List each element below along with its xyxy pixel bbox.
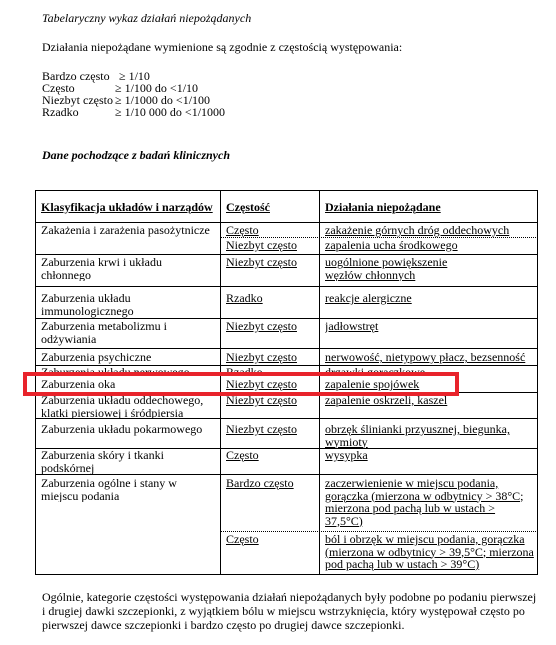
effect-cell: zakażenie górnych dróg oddechowych [325, 224, 535, 237]
row-divider [35, 474, 538, 475]
frequency-cell: Niezbyt często [226, 239, 318, 252]
frequency-cell: Często [226, 224, 318, 237]
highlight-box [23, 372, 459, 396]
organ-cell: Zakażenia i zarażenia pasożytnicze [41, 224, 219, 237]
row-divider [35, 286, 538, 287]
organ-cell: Zaburzenia układu pokarmowego [41, 423, 219, 436]
organ-cell: Zaburzenia skóry i tkanki podskórnej [41, 449, 191, 474]
organ-cell: Zaburzenia metabolizmu i odżywiania [41, 320, 191, 348]
effect-cell: zapalenia ucha środkowego [325, 239, 535, 252]
freq-label: Rzadko [42, 106, 79, 119]
row-divider [35, 348, 538, 349]
subsection-title: Dane pochodzące z badań klinicznych [42, 149, 230, 162]
organ-cell: Zaburzenia układu immunologicznego [41, 292, 181, 318]
organ-cell: Zaburzenia krwi i układu chłonnego [41, 256, 191, 281]
frequency-cell: Często [226, 533, 318, 546]
table-header: Częstość [226, 201, 318, 214]
row-divider [35, 222, 538, 223]
organ-cell: Zaburzenia ogólne i stany w miejscu poda… [41, 477, 191, 502]
row-divider-dotted [220, 531, 538, 532]
organ-cell: Zaburzenia psychiczne [41, 351, 219, 364]
effect-cell: wysypka [325, 449, 535, 462]
effect-cell: obrzęk ślinianki przyusznej, biegunka, w… [325, 423, 525, 448]
effect-cell: uogólnione powiększenie węzłów chłonnych [325, 256, 485, 281]
frequency-cell: Niezbyt często [226, 320, 318, 333]
section-title: Tabelaryczny wykaz działań niepożądanych [42, 12, 251, 25]
row-divider-dotted [220, 237, 538, 238]
frequency-cell: Niezbyt często [226, 256, 318, 269]
effect-cell: nerwowość, nietypowy płacz, bezsenność [325, 351, 537, 364]
footer-paragraph: Ogólnie, kategorie częstości występowani… [42, 590, 542, 632]
intro-text: Działania niepożądane wymienione są zgod… [42, 41, 402, 54]
table-header: Działania niepożądane [325, 201, 535, 214]
frequency-cell: Bardzo często [226, 477, 318, 490]
effect-cell: zaczerwienienie w miejscu podania, gorąc… [325, 477, 525, 527]
effect-cell: ból i obrzęk w miejscu podania, gorączka… [325, 533, 537, 571]
table-header: Klasyfikacja układów i narządów [41, 201, 219, 214]
effect-cell: reakcje alergiczne [325, 292, 535, 305]
frequency-cell: Rzadko [226, 292, 318, 305]
freq-range: ≥ 1/10 000 do <1/1000 [115, 106, 225, 119]
row-divider [35, 318, 538, 319]
organ-cell: Zaburzenia układu oddechowego, klatki pi… [41, 394, 219, 419]
row-divider [35, 254, 538, 255]
frequency-cell: Niezbyt często [226, 423, 318, 436]
frequency-cell: Niezbyt często [226, 351, 318, 364]
effect-cell: jadłowstręt [325, 320, 535, 333]
frequency-cell: Często [226, 449, 318, 462]
